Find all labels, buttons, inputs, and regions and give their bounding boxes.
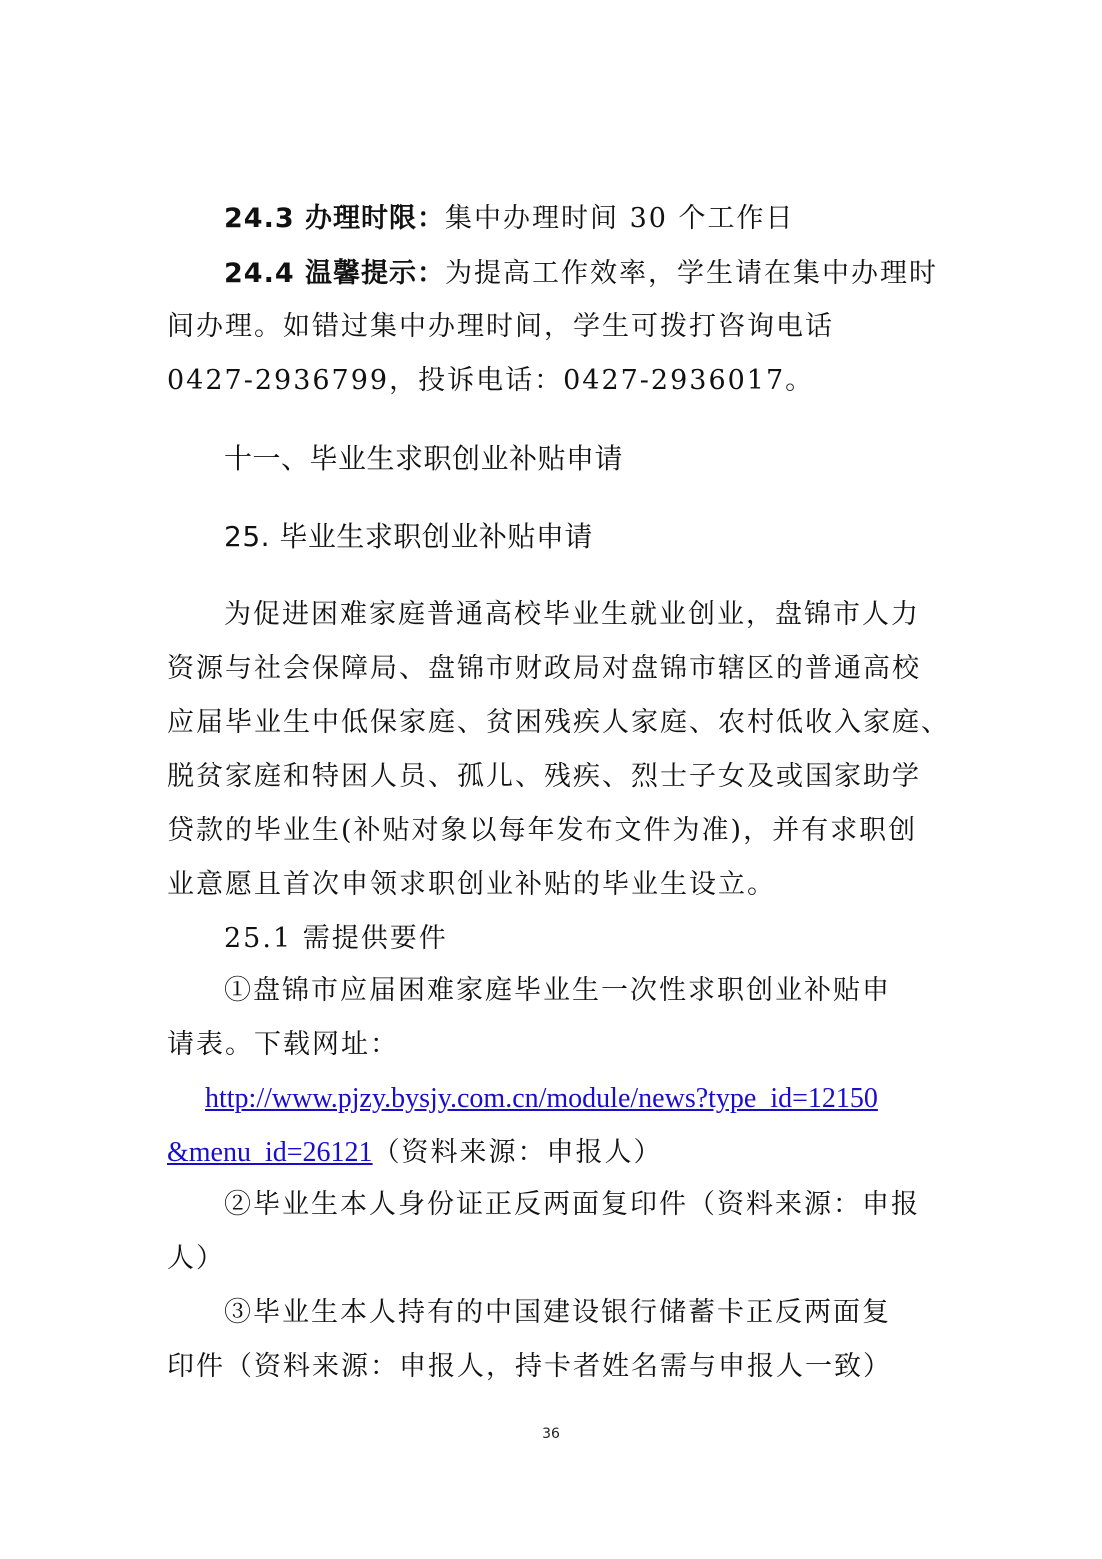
document-page: 24.3 办理时限：集中办理时间 30 个工作日 24.4 温馨提示：为提高工作… (0, 0, 1102, 1559)
download-link-line-1: http://www.pjzy.bysjy.com.cn/module/news… (205, 1081, 975, 1117)
requirement-2-line-2: 人） (167, 1241, 937, 1277)
requirement-1-line-2: 请表。下载网址： (167, 1027, 937, 1063)
item-24-3-text: 集中办理时间 30 个工作日 (445, 203, 795, 234)
item-24-3-label: 24.3 办理时限： (224, 203, 445, 234)
item-24-4-line-2: 间办理。如错过集中办理时间，学生可拨打咨询电话 (167, 309, 937, 345)
chapter-heading: 十一、毕业生求职创业补贴申请 (224, 441, 623, 477)
intro-line-1: 为促进困难家庭普通高校毕业生就业创业，盘锦市人力 (224, 597, 937, 633)
requirement-1-source: （资料来源：申报人） (373, 1137, 663, 1168)
intro-line-5: 贷款的毕业生(补贴对象以每年发布文件为准)，并有求职创 (167, 813, 937, 849)
item-24-4-label: 24.4 温馨提示： (224, 258, 445, 289)
item-24-4-line-3: 0427-2936799，投诉电话：0427-2936017。 (167, 363, 937, 399)
download-link-line-2: &menu_id=26121（资料来源：申报人） (167, 1135, 937, 1171)
intro-line-2: 资源与社会保障局、盘锦市财政局对盘锦市辖区的普通高校 (167, 651, 937, 687)
item-24-4-text-1: 为提高工作效率，学生请在集中办理时 (445, 258, 938, 289)
section-heading: 25. 毕业生求职创业补贴申请 (224, 519, 593, 555)
intro-line-4: 脱贫家庭和特困人员、孤儿、残疾、烈士子女及或国家助学 (167, 759, 937, 795)
requirement-2-line-1: ②毕业生本人身份证正反两面复印件（资料来源：申报 (224, 1187, 937, 1223)
requirement-3-line-2: 印件（资料来源：申报人，持卡者姓名需与申报人一致） (167, 1349, 937, 1385)
page-number: 36 (0, 1426, 1102, 1442)
download-link[interactable]: http://www.pjzy.bysjy.com.cn/module/news… (205, 1083, 878, 1114)
item-24-3: 24.3 办理时限：集中办理时间 30 个工作日 (224, 201, 937, 237)
requirement-3-line-1: ③毕业生本人持有的中国建设银行储蓄卡正反两面复 (224, 1295, 937, 1331)
item-24-4-line-1: 24.4 温馨提示：为提高工作效率，学生请在集中办理时 (224, 256, 937, 292)
intro-line-3: 应届毕业生中低保家庭、贫困残疾人家庭、农村低收入家庭、 (167, 705, 937, 741)
requirement-1-line-1: ①盘锦市应届困难家庭毕业生一次性求职创业补贴申 (224, 973, 937, 1009)
download-link-continued[interactable]: &menu_id=26121 (167, 1137, 373, 1168)
sub-heading-25-1: 25.1 需提供要件 (224, 921, 937, 957)
intro-line-6: 业意愿且首次申领求职创业补贴的毕业生设立。 (167, 867, 937, 903)
